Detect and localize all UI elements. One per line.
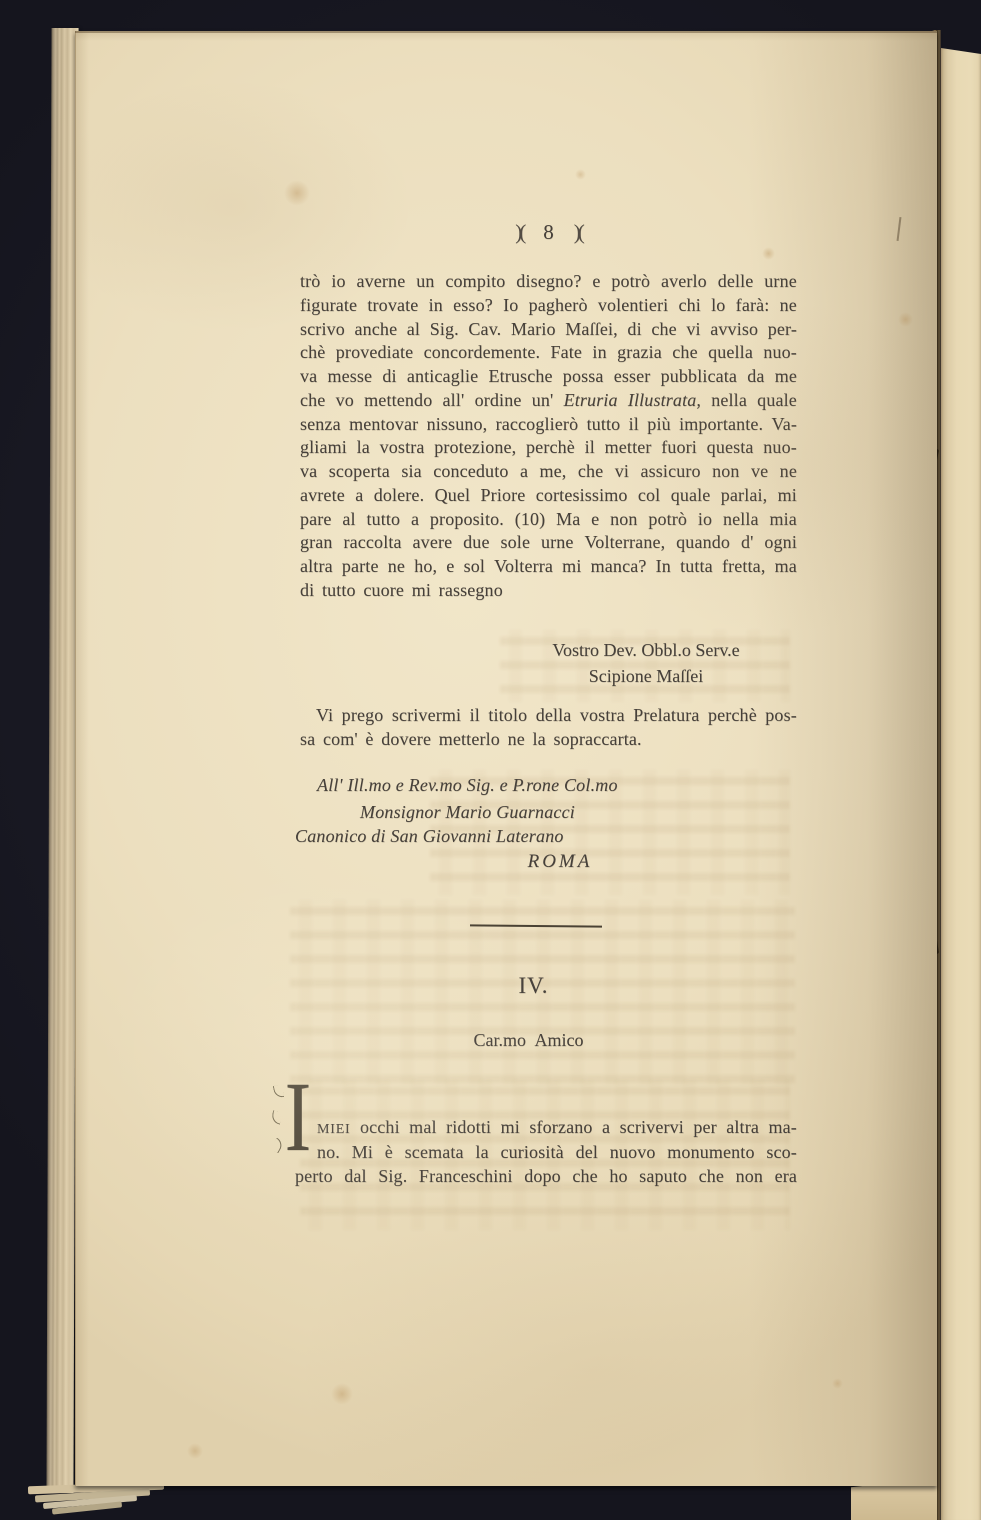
word: e [446, 555, 454, 579]
word: vi [686, 318, 700, 342]
word: va [300, 365, 317, 389]
address-city: ROMA [505, 851, 615, 873]
word: scemata [405, 1140, 464, 1165]
word: il [470, 704, 480, 728]
address-recipient-title: Canonico di San Giovanni Laterano [295, 826, 564, 847]
foxing-spot [762, 247, 775, 260]
word: Etruria [564, 389, 618, 413]
word: raccolta [343, 531, 401, 555]
word: non [736, 1164, 763, 1189]
word: no. [317, 1140, 340, 1165]
word: Prelatura [633, 704, 699, 728]
word: urne [764, 270, 797, 294]
word: gran [300, 531, 333, 555]
word: ogni [764, 531, 797, 555]
word: a [355, 484, 363, 508]
word: Priore [481, 484, 526, 508]
word: sole [500, 531, 530, 555]
word: proposito. [430, 508, 504, 532]
word: non [610, 508, 637, 532]
paper-texture [75, 31, 937, 1486]
word: ho [609, 1164, 627, 1189]
word: in [592, 341, 606, 365]
word: è [385, 1140, 393, 1165]
word: di [382, 365, 396, 389]
word: avrete [300, 484, 345, 508]
word: il [585, 436, 595, 460]
word: scrivo [300, 318, 345, 342]
word: che [578, 460, 603, 484]
text-line: no.Mièscematalacuriositàdelnuovomonument… [295, 1140, 797, 1165]
text-line: pertodalSig.Franceschinidopochehosaputoc… [295, 1164, 797, 1189]
word: io [698, 508, 712, 532]
text-line: MIEIocchimalridottimisforzanoascrivervip… [295, 1115, 797, 1140]
word: vostra [380, 436, 425, 460]
word: conceduto [433, 460, 508, 484]
word: pare [300, 508, 332, 532]
word: mettendo [364, 389, 432, 413]
address-honorific-line: All' Ill.mo e Rev.mo Sig. e P.rone Col.m… [317, 775, 618, 796]
word: pos- [765, 704, 797, 728]
foxing-spot [284, 180, 310, 206]
word: curiosità [500, 1140, 563, 1165]
word: Illustrata, [628, 389, 701, 413]
word: mi [562, 555, 581, 579]
word: metter [605, 436, 652, 460]
word: Va- [772, 413, 797, 437]
word: ridotti [446, 1115, 491, 1140]
word: io [331, 270, 345, 294]
word: al [407, 318, 420, 342]
word: averne [356, 270, 405, 294]
word: nella [711, 389, 747, 413]
section-divider-rule [470, 924, 602, 927]
word: volentieri [598, 294, 668, 318]
word: quando [676, 531, 730, 555]
word: Mi [352, 1140, 373, 1165]
word: prego [342, 704, 384, 728]
word: d' [741, 531, 754, 555]
drop-cap-flourish [271, 1110, 282, 1124]
word: disegno? [516, 270, 581, 294]
word: a [520, 460, 528, 484]
text-line: altraparteneho,esolVolterramimanca?Intut… [300, 555, 797, 579]
text-line: avreteadolere.QuelPriorecortesissimocolq… [300, 484, 797, 508]
word: e [591, 508, 599, 532]
page-stack-left-edges [46, 28, 78, 1493]
word: saputo [639, 1164, 687, 1189]
word: ne [388, 555, 405, 579]
word: al [342, 508, 355, 532]
word: nuo- [763, 341, 797, 365]
word: e [592, 270, 600, 294]
word: urne [541, 531, 574, 555]
word: col [638, 484, 660, 508]
word: provediate [336, 341, 413, 365]
letter-body-paragraph: tròioaverneuncompitodisegno?epotròaverlo… [300, 270, 797, 603]
word: della [536, 704, 572, 728]
word: altra [726, 1115, 759, 1140]
text-line: tròioaverneuncompitodisegno?epotròaverlo… [300, 270, 797, 294]
word: vo [336, 389, 354, 413]
word: parlai, [721, 484, 768, 508]
word: esser [614, 365, 651, 389]
signature-block: Vostro Dev. Obbl.o Serv.e Scipione Maſſe… [516, 637, 776, 689]
signature: Scipione Maſſei [516, 663, 776, 689]
word: fretta, [722, 555, 766, 579]
word: quale [757, 389, 797, 413]
word: perchè [526, 436, 575, 460]
word: chi [679, 294, 701, 318]
text-line: vascopertasiaconcedutoame,cheviassicuron… [300, 460, 797, 484]
word: di [627, 318, 641, 342]
word: altra [300, 555, 333, 579]
word: compito [445, 270, 505, 294]
word: Cav. [468, 318, 501, 342]
word: sia [401, 460, 421, 484]
word: monumento [667, 1140, 754, 1165]
word: Vi [316, 704, 333, 728]
text-line: parealtuttoaproposito.(10)Maenonpotròion… [300, 508, 797, 532]
word: raccoglierò [496, 413, 579, 437]
word: concordemente. [424, 341, 541, 365]
word: anticaglie [407, 365, 478, 389]
page-number-ornament-left: )( [515, 220, 523, 244]
word: la [357, 436, 370, 460]
foxing-spot [832, 1378, 843, 1389]
word: scrivermi [392, 704, 461, 728]
word: mal [409, 1115, 436, 1140]
foxing-spot [575, 169, 586, 180]
word: questa [707, 436, 754, 460]
word: Fate [550, 341, 582, 365]
facing-page-edge [941, 44, 981, 1520]
word: Volterra [494, 555, 553, 579]
text-segment: sa com' è dovere metterlo ne la sopracca… [300, 729, 642, 749]
word: non [712, 460, 739, 484]
word: tutto [587, 413, 621, 437]
text-line: VipregoscrivermiiltitolodellavostraPrela… [300, 704, 797, 728]
word: occhi [360, 1115, 400, 1140]
word: che [699, 1164, 724, 1189]
letter-four-opening-paragraph: MIEIocchimalridottimisforzanoascrivervip… [295, 1115, 797, 1189]
word: dal [344, 1164, 366, 1189]
word: Quel [435, 484, 471, 508]
word: sol [464, 555, 485, 579]
word: a [411, 508, 419, 532]
word: cortesissimo [536, 484, 628, 508]
word: mentovar [349, 413, 418, 437]
word: assicuro [640, 460, 700, 484]
word: grazia [617, 341, 662, 365]
word: perto [295, 1164, 333, 1189]
word: ve [751, 460, 768, 484]
word: manca? [591, 555, 647, 579]
word: che [572, 1164, 597, 1189]
word: chè [300, 341, 325, 365]
word: per- [768, 318, 797, 342]
word: pagherò [529, 294, 588, 318]
foxing-spot [331, 1383, 353, 1405]
word: mia [769, 508, 796, 532]
word: mi [778, 484, 797, 508]
word: quella [708, 341, 753, 365]
word: ho, [414, 555, 437, 579]
word: lo [711, 294, 725, 318]
word: la [475, 1140, 488, 1165]
word: per [693, 1115, 716, 1140]
letter-salutation: Car.mo Amico [280, 1030, 777, 1051]
word: fuori [661, 436, 697, 460]
word: in [429, 294, 443, 318]
word: avere [413, 531, 453, 555]
word: ne [780, 294, 797, 318]
word: due [463, 531, 489, 555]
word: sco- [766, 1140, 797, 1165]
word: senza [300, 413, 341, 437]
text-line: gliamilavostraprotezione,perchèilmetterf… [300, 436, 797, 460]
word: potrò [648, 508, 687, 532]
word: scrivervi [620, 1115, 684, 1140]
word: nuo- [763, 436, 797, 460]
text-segment: di tutto cuore mi rassegno [300, 580, 503, 600]
section-number-heading: IV. [285, 973, 782, 999]
word: Sig. [430, 318, 459, 342]
word: ma [775, 555, 797, 579]
word: Sig. [378, 1164, 407, 1189]
word: me, [540, 460, 567, 484]
word: esso? [453, 294, 493, 318]
word: ma- [768, 1115, 796, 1140]
word: gliami [300, 436, 347, 460]
word: Etrusche [488, 365, 552, 389]
foxing-spot [187, 1443, 203, 1459]
word: perchè [708, 704, 757, 728]
word: quale [671, 484, 711, 508]
word: va [300, 460, 317, 484]
word: che [672, 341, 697, 365]
text-line: vamessedianticaglieEtruschepossaesserpub… [300, 365, 797, 389]
book-page: )(8)( tròioaverneuncompitodisegno?epotrò… [75, 31, 937, 1486]
word: all' [443, 389, 465, 413]
page-number-ornament-right: )( [574, 220, 582, 244]
word: un [416, 270, 434, 294]
word: pubblicata [661, 365, 737, 389]
address-recipient-name: Monsignor Mario Guarnacci [360, 802, 575, 823]
word: nella [723, 508, 759, 532]
word: del [576, 1140, 598, 1165]
page-number-header: )(8)( [300, 220, 797, 245]
word: ordine [475, 389, 522, 413]
word: titolo [488, 704, 527, 728]
word: me [775, 365, 797, 389]
word: da [747, 365, 764, 389]
word: tutto [366, 508, 400, 532]
word: In [656, 555, 671, 579]
text-line: granraccoltaavereduesoleurneVolterrane,q… [300, 531, 797, 555]
word: potrò [611, 270, 650, 294]
text-line: chèprovediateconcordemente.Fateingraziac… [300, 341, 797, 365]
word: Io [503, 294, 518, 318]
word: averlo [661, 270, 707, 294]
word: messe [327, 365, 372, 389]
word: che [651, 318, 676, 342]
word: il [629, 413, 639, 437]
word: possa [563, 365, 604, 389]
word: trò [300, 270, 320, 294]
word: a [602, 1115, 610, 1140]
word: mi [501, 1115, 520, 1140]
postscript-paragraph: VipregoscrivermiiltitolodellavostraPrela… [300, 704, 797, 751]
book-scan-photo: )(8)( tròioaverneuncompitodisegno?epotrò… [0, 0, 981, 1520]
word: tutta [680, 555, 713, 579]
word: importante. [679, 413, 763, 437]
word: un' [532, 389, 554, 413]
word: (10) [515, 508, 546, 532]
text-line: di tutto cuore mi rassegno [300, 579, 797, 603]
word: che [300, 389, 325, 413]
text-line: senzamentovarnissuno,raccoglieròtuttoilp… [300, 413, 797, 437]
word: dopo [524, 1164, 561, 1189]
word: farà: [736, 294, 770, 318]
word: nuovo [610, 1140, 656, 1165]
word: Ma [556, 508, 580, 532]
word: vi [615, 460, 629, 484]
word: anche [354, 318, 397, 342]
text-line: chevomettendoall'ordineun'EtruriaIllustr… [300, 389, 797, 413]
word: era [775, 1164, 797, 1189]
word: protezione, [434, 436, 516, 460]
word: scoperta [329, 460, 390, 484]
word: dolere. [374, 484, 425, 508]
word: sforzano [529, 1115, 592, 1140]
text-line: scrivoanchealSig.Cav.MarioMaſſei,dichevi… [300, 318, 797, 342]
word: Maſſei, [565, 318, 618, 342]
valediction: Vostro Dev. Obbl.o Serv.e [516, 637, 776, 663]
text-line: figuratetrovateinesso?Iopagheròvolentier… [300, 294, 797, 318]
word: ne [780, 460, 797, 484]
scratch-mark [897, 217, 902, 241]
word: delle [718, 270, 754, 294]
word: vostra [580, 704, 625, 728]
word: figurate [300, 294, 357, 318]
word: più [647, 413, 670, 437]
word: avviso [710, 318, 758, 342]
text-line: sa com' è dovere metterlo ne la sopracca… [300, 728, 797, 752]
word: Franceschini [419, 1164, 513, 1189]
word: trovate [367, 294, 418, 318]
word: parte [342, 555, 379, 579]
word: Volterrane, [584, 531, 665, 555]
page-number: 8 [543, 220, 554, 244]
word: Mario [511, 318, 556, 342]
word: nissuno, [427, 413, 488, 437]
